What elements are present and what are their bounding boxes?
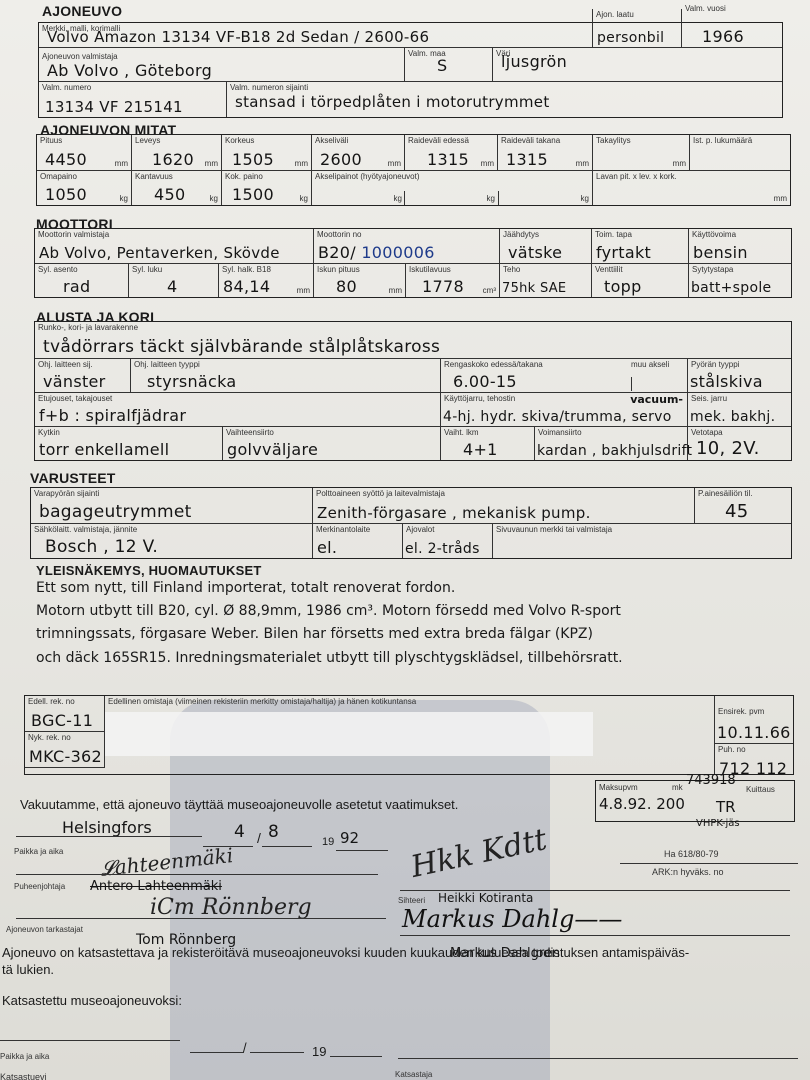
manufacturer-value: Ab Volvo , Göteborg — [47, 61, 212, 80]
length-cell: Pituus4450mm — [37, 135, 132, 171]
bore-cell: Syl. halk. B1884,14mm — [219, 264, 314, 297]
day-value: 4 — [234, 822, 245, 842]
label: Omapaino — [40, 172, 77, 181]
tank-cell: P.ainesäiliön til.45 — [695, 488, 791, 524]
vehicle-box: Merkki, malli, korimalli Volvo Amazon 13… — [38, 22, 783, 118]
label: Toim. tapa — [595, 230, 632, 239]
parking-brake-value: mek. bakhj. — [690, 409, 775, 425]
unit: mm — [389, 286, 402, 295]
signal-cell: Merkinantolaiteel. — [313, 524, 403, 558]
label: Voimansiirto — [538, 428, 582, 437]
brakes-note: vacuum- — [630, 393, 683, 406]
clutch-value: torr enkellamell — [39, 440, 169, 459]
unit: mm — [297, 286, 310, 295]
gears-value: 4+1 — [463, 440, 498, 459]
height-value: 1505 — [232, 150, 274, 169]
vehicle-type-value: personbil — [597, 30, 664, 46]
unit: mm — [115, 159, 128, 168]
fuel-supply-value: Zenith-förgasare , mekanisk pump. — [317, 504, 591, 522]
displacement-value: 1778 — [422, 277, 464, 296]
label: Kytkin — [38, 428, 60, 437]
label: Pituus — [40, 136, 62, 145]
label: Ohj. laitteen tyyppi — [134, 360, 200, 369]
unit: mm — [673, 159, 686, 168]
unit: kg — [300, 194, 308, 203]
serial-location-cell: Valm. numeron sijainti stansad i törpedp… — [227, 82, 782, 117]
label: muu akseli — [631, 360, 669, 369]
steering-side-cell: Ohj. laitteen sij.vänster — [35, 359, 131, 393]
wheelbase-value: 2600 — [320, 150, 362, 169]
label: Käyttövoima — [692, 230, 736, 239]
label: Ohj. laitteen sij. — [38, 360, 93, 369]
year-value: 1966 — [702, 27, 744, 46]
section-title-remarks: YLEISNÄKEMYS, HUOMAUTUKSET — [36, 563, 262, 578]
sidecar-cell: Sivuvaunun merkki tai valmistaja — [493, 524, 791, 558]
valves-value: topp — [604, 277, 642, 296]
brakes-value: 4-hj. hydr. skiva/trumma, servo — [443, 409, 672, 425]
stroke-value: 80 — [336, 277, 357, 296]
transmission-value: kardan , bakhjulsdrift — [537, 443, 692, 459]
struck-phone: 743918 — [686, 773, 736, 788]
electrical-cell: Sähkölaitt. valmistaja, jänniteBosch , 1… — [31, 524, 313, 558]
country-cell: Valm. maa S — [405, 48, 493, 82]
secretary-name: Heikki Kotiranta — [438, 891, 533, 905]
label: Sivuvaunun merkki tai valmistaja — [496, 525, 612, 534]
label: mk — [672, 783, 683, 792]
remarks-line: trimningssats, förgasare Weber. Bilen ha… — [36, 626, 593, 642]
prev-reg-cell: Edell. rek. noBGC-11 — [25, 696, 105, 732]
rear-track-value: 1315 — [506, 150, 548, 169]
payment-sign: TR — [716, 798, 736, 816]
inspected-label: Katsastettu museoajoneuvoksi: — [2, 993, 182, 1008]
unit: kg — [487, 194, 495, 203]
serial-location-value: stansad i törpedplåten i motorutrymmet — [235, 93, 550, 111]
cycle-value: fyrtakt — [596, 243, 651, 262]
label: P.ainesäiliön til. — [698, 489, 753, 498]
unit: mm — [481, 159, 494, 168]
unit: mm — [774, 194, 787, 203]
tyres-value: 6.00-15 — [453, 372, 517, 391]
make-model-cell: Merkki, malli, korimalli Volvo Amazon 13… — [39, 23, 592, 48]
label: Pyörän tyyppi — [691, 360, 739, 369]
current-reg-cell: Nyk. rek. noMKC-362 — [25, 732, 105, 768]
label: Iskun pituus — [317, 265, 360, 274]
cyl-count-value: 4 — [167, 277, 177, 296]
spare-wheel-cell: Varapyörän sijaintibagageutrymmet — [31, 488, 313, 524]
first-reg-cell: Ensirek. pvm10.11.66 — [715, 706, 793, 744]
section-title-equipment: VARUSTEET — [30, 470, 116, 486]
length-value: 4450 — [45, 150, 87, 169]
chair-name: Antero Lahteenmäki — [90, 879, 222, 894]
signal-value: el. — [317, 538, 337, 557]
clutch-cell: Kytkintorr enkellamell — [35, 427, 223, 460]
serial-cell: Valm. numero 13134 VF 215141 — [39, 82, 227, 117]
bed-dims-cell: Lavan pit. x lev. x kork.mm — [593, 171, 790, 205]
cooling-value: vätske — [508, 243, 562, 262]
engine-number-value: 1000006 — [361, 243, 434, 262]
springs-cell: Etujouset, takajousetf+b : spiralfjädrar — [35, 393, 441, 427]
axle-loads-cell: Akselipainot (hyötyajoneuvot) kg kg kg — [312, 171, 593, 205]
steering-side-value: vänster — [43, 372, 106, 391]
drive-value: 10, 2V. — [696, 438, 760, 459]
label: Iskutilavuus — [409, 265, 451, 274]
unit: kg — [120, 194, 128, 203]
cycle-cell: Toim. tapafyrtakt — [592, 229, 689, 264]
make-model-value: Volvo Amazon 13134 VF-B18 2d Sedan / 260… — [47, 28, 429, 46]
remarks-line: och däck 165SR15. Inredningsmaterialet u… — [36, 650, 623, 666]
headlights-value: el. 2-tråds — [405, 541, 480, 557]
label: Lavan pit. x lev. x kork. — [596, 172, 677, 181]
unit: kg — [210, 194, 218, 203]
power-value: 75hk SAE — [502, 281, 566, 296]
approval-ref: Ha 618/80-79 — [664, 849, 719, 859]
label: Valm. numeron sijainti — [230, 83, 308, 92]
tyres-cell: Rengaskoko edessä/takana muu akseli 6.00… — [441, 359, 688, 393]
brakes-cell: Käyttöjarru, tehostin vacuum- 4-hj. hydr… — [441, 393, 688, 427]
color-cell: Väri ljusgrön — [493, 48, 782, 82]
label: Leveys — [135, 136, 160, 145]
color-value: ljusgrön — [501, 52, 567, 71]
label: Kok. paino — [225, 172, 263, 181]
inspectors-label: Ajoneuvon tarkastajat — [6, 925, 83, 934]
engine-number-cell: Moottorin noB20/ 1000006 — [314, 229, 500, 264]
inspector-2-signature: Markus Dahlg—— — [402, 905, 622, 933]
front-track-value: 1315 — [427, 150, 469, 169]
front-track-cell: Raideväli edessä1315mm — [405, 135, 498, 171]
label: Raideväli takana — [501, 136, 560, 145]
first-reg-value: 10.11.66 — [717, 723, 791, 742]
chassis-box: Runko-, kori- ja lavarakennetvådörrars t… — [34, 321, 792, 461]
label: Raideväli edessä — [408, 136, 469, 145]
redaction-tape — [105, 712, 593, 756]
gears-cell: Vaiht. lkm4+1 — [441, 427, 535, 460]
valves-cell: Venttiilittopp — [592, 264, 689, 297]
remarks-line: Ett som nytt, till Finland importerat, t… — [36, 580, 455, 596]
label: Valm. numero — [42, 83, 91, 92]
tank-value: 45 — [725, 501, 749, 522]
cyl-layout-value: rad — [63, 277, 90, 296]
label: Valm. vuosi — [685, 4, 726, 13]
label: Varapyörän sijainti — [34, 489, 99, 498]
label: Akselipainot (hyötyajoneuvot) — [315, 172, 420, 181]
country-value: S — [437, 56, 447, 75]
year-cell: Valm. vuosi 1966 — [682, 3, 782, 48]
month-value: 8 — [268, 822, 279, 842]
section-title-vehicle: AJONEUVO — [42, 3, 122, 19]
label: Edell. rek. no — [28, 697, 75, 706]
springs-value: f+b : spiralfjädrar — [39, 406, 186, 425]
manufacturer-cell: Ajoneuvon valmistaja Ab Volvo , Göteborg — [39, 48, 405, 82]
label: Syl. luku — [132, 265, 162, 274]
spare-wheel-value: bagageutrymmet — [39, 502, 192, 522]
cyl-layout-cell: Syl. asentorad — [35, 264, 129, 297]
chair-label: Puheenjohtaja — [14, 882, 65, 891]
power-cell: Teho75hk SAE — [500, 264, 592, 297]
payload-cell: Kantavuus450kg — [132, 171, 222, 205]
label: Maksupvm — [599, 783, 638, 792]
label: Takaylitys — [596, 136, 631, 145]
label: Teho — [503, 265, 520, 274]
label: Vetotapa — [691, 428, 723, 437]
vehicle-type-cell: Ajon. laatu personbil — [592, 9, 682, 48]
label: Rengaskoko edessä/takana — [444, 360, 543, 369]
label: Syl. halk. B18 — [222, 265, 271, 274]
engine-prefix: B20/ — [318, 243, 356, 262]
dimensions-box: Pituus4450mm Leveys1620mm Korkeus1505mm … — [36, 134, 791, 206]
fuel-supply-cell: Polttoaineen syöttö ja laitevalmistajaZe… — [313, 488, 695, 524]
current-reg-value: MKC-362 — [29, 747, 102, 766]
fuel-cell: Käyttövoimabensin — [689, 229, 791, 264]
label: Venttiilit — [595, 265, 623, 274]
stroke-cell: Iskun pituus80mm — [314, 264, 406, 297]
notice-line-2: tä lukien. — [2, 962, 54, 977]
label: Ajon. laatu — [596, 10, 634, 19]
label: Puh. no — [718, 745, 746, 754]
bore-value: 84,14 — [223, 277, 270, 296]
payment-extra: VHPK-jäs — [696, 818, 740, 829]
label: Sähkölaitt. valmistaja, jännite — [34, 525, 137, 534]
unit: kg — [394, 194, 402, 203]
unit: cm³ — [483, 286, 496, 295]
gross-weight-value: 1500 — [232, 185, 274, 204]
label: Edellinen omistaja (viimeinen rekisterii… — [108, 697, 416, 706]
transmission-cell: Voimansiirtokardan , bakhjulsdrift — [535, 427, 688, 460]
label: Moottorin valmistaja — [38, 230, 109, 239]
notice-line-1: Ajoneuvo on katsastettava ja rekisteröit… — [2, 945, 689, 960]
engine-maker-cell: Moottorin valmistajaAb Volvo, Pentaverke… — [35, 229, 314, 264]
unit: mm — [388, 159, 401, 168]
body-cell: Runko-, kori- ja lavarakennetvådörrars t… — [35, 322, 791, 359]
cooling-cell: Jäähdytysvätske — [500, 229, 592, 264]
label: Polttoaineen syöttö ja laitevalmistaja — [316, 489, 445, 498]
label: Ist. p. lukumäärä — [693, 136, 752, 145]
width-value: 1620 — [152, 150, 194, 169]
document-page: AJONEUVO Merkki, malli, korimalli Volvo … — [0, 0, 810, 1080]
equipment-box: Varapyörän sijaintibagageutrymmet Poltto… — [30, 487, 792, 559]
engine-maker-value: Ab Volvo, Pentaverken, Skövde — [39, 244, 280, 262]
place-value: Helsingfors — [62, 818, 152, 837]
payment-box: Maksupvm mk Kuittaus 743918 4.8.92. 200 … — [595, 780, 795, 822]
label: Ajovalot — [406, 525, 434, 534]
ark-label: ARK:n hyväks. no — [652, 867, 724, 877]
displacement-cell: Iskutilavuus1778cm³ — [406, 264, 500, 297]
label: Käyttöjarru, tehostin — [444, 394, 515, 403]
phone-cell: Puh. no712 112 — [715, 744, 793, 774]
footer-cut-text: Katsastuevi — [0, 1072, 47, 1080]
payment-value: 4.8.92. 200 — [599, 795, 685, 813]
steering-type-value: styrsnäcka — [147, 372, 237, 391]
curb-weight-cell: Omapaino1050kg — [37, 171, 132, 205]
fuel-value: bensin — [693, 243, 748, 262]
year-value: 92 — [340, 829, 359, 847]
electrical-value: Bosch , 12 V. — [45, 537, 158, 557]
unit: kg — [581, 194, 589, 203]
parking-brake-cell: Seis. jarrumek. bakhj. — [688, 393, 791, 427]
label: Seis. jarru — [691, 394, 727, 403]
prev-reg-value: BGC-11 — [31, 711, 93, 730]
secretary-label: Sihteeri — [398, 896, 425, 905]
gear-shift-cell: Vaihteensiirtogolvväljare — [223, 427, 441, 460]
place-label: Paikka ja aika — [14, 847, 63, 856]
label: Syl. asento — [38, 265, 78, 274]
inspector-1-signature: iCm Rönnberg — [150, 895, 312, 920]
year-prefix: 19 — [322, 836, 334, 848]
ignition-value: batt+spole — [691, 280, 771, 296]
cyl-count-cell: Syl. luku4 — [129, 264, 219, 297]
unit: mm — [295, 159, 308, 168]
label: Merkinantolaite — [316, 525, 370, 534]
remarks-line: Motorn utbytt till B20, cyl. Ø 88,9mm, 1… — [36, 603, 621, 619]
label: Nyk. rek. no — [28, 733, 71, 742]
wheel-type-value: stålskiva — [690, 372, 763, 391]
headlights-cell: Ajovalotel. 2-tråds — [403, 524, 493, 558]
body-value: tvådörrars täckt självbärande stålplåtsk… — [43, 337, 440, 357]
label: Etujouset, takajouset — [38, 394, 112, 403]
wheel-type-cell: Pyörän tyyppistålskiva — [688, 359, 791, 393]
width-cell: Leveys1620mm — [132, 135, 222, 171]
label: Runko-, kori- ja lavarakenne — [38, 323, 138, 332]
unit: mm — [205, 159, 218, 168]
label: Vaihteensiirto — [226, 428, 274, 437]
drive-cell: Vetotapa10, 2V. — [688, 427, 791, 460]
certification-statement: Vakuutamme, että ajoneuvo täyttää museoa… — [20, 797, 458, 812]
label: Ajoneuvon valmistaja — [42, 52, 118, 61]
footer-year-prefix: 19 — [312, 1044, 326, 1059]
wheelbase-cell: Akseliväli2600mm — [312, 135, 405, 171]
gross-weight-cell: Kok. paino1500kg — [222, 171, 312, 205]
seats-cell: Ist. p. lukumäärä — [690, 135, 790, 171]
label: Moottorin no — [317, 230, 361, 239]
payload-value: 450 — [154, 185, 185, 204]
footer-inspector-label: Katsastaja — [395, 1070, 432, 1079]
height-cell: Korkeus1505mm — [222, 135, 312, 171]
label: Kantavuus — [135, 172, 173, 181]
unit: mm — [576, 159, 589, 168]
rear-overhang-cell: Takaylitysmm — [593, 135, 690, 171]
rear-track-cell: Raideväli takana1315mm — [498, 135, 593, 171]
gear-shift-value: golvväljare — [227, 440, 318, 459]
ignition-cell: Sytytystapabatt+spole — [689, 264, 791, 297]
label: Vaiht. lkm — [444, 428, 479, 437]
label: Kuittaus — [746, 785, 775, 794]
steering-type-cell: Ohj. laitteen tyyppistyrsnäcka — [131, 359, 441, 393]
curb-weight-value: 1050 — [45, 185, 87, 204]
label: Korkeus — [225, 136, 254, 145]
engine-box: Moottorin valmistajaAb Volvo, Pentaverke… — [34, 228, 792, 298]
footer-place-label: Paikka ja aika — [0, 1052, 49, 1061]
label: Sytytystapa — [692, 265, 733, 274]
label: Akseliväli — [315, 136, 348, 145]
label: Ensirek. pvm — [718, 707, 764, 716]
serial-value: 13134 VF 215141 — [45, 98, 183, 116]
label: Jäähdytys — [503, 230, 539, 239]
